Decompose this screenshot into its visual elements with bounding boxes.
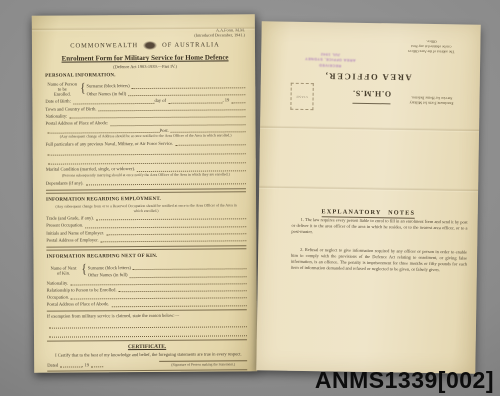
dotted-line [86,179,246,185]
kin-nationality-field: Nationality. [47,279,247,286]
nationality-field: Nationality: [45,112,245,119]
dotted-line [137,166,246,172]
dotted-line [231,98,245,103]
field-label: Nationality: [45,114,67,119]
kin-address-field: Postal Address of Place of Abode. [47,301,247,308]
blank-line [46,150,246,156]
surname-field: Surname (block letters) [87,83,246,89]
dotted-line [130,272,247,278]
section-next-of-kin: INFORMATION REGARDING NEXT OF KIN. [46,254,246,261]
archive-reference-label: ANMS1339[002] [315,367,494,394]
fold-crease [260,125,479,132]
explanatory-note-1: 1. The law requires every person liable … [291,217,467,238]
form-ref-date: (Introduced December, 1941.) [45,32,245,38]
photo-backdrop: A.A.Form. M.M. (Introduced December, 194… [0,0,500,396]
field-label: Town and Country of Birth. [45,106,96,112]
field-label: , 19 [222,98,229,103]
form-reverse-page: RECEIVED AREA OFFICE, SYDNEY JUL 1942 Th… [256,21,480,373]
area-officer-address-note: The address of the Area Officer can be o… [399,38,463,53]
field-label: Relationship to Person to be Enrolled. [47,287,117,293]
kin-name-field-group: Name of Next of Kin. { Surname (block le… [46,261,246,278]
form-subtitle: (Defence Act 1903-1939.—Part IV.) [45,63,245,69]
dotted-line [101,237,247,243]
enrolment-form-page: A.A.Form. M.M. (Introduced December, 194… [32,14,257,373]
blank-line [46,159,246,165]
section-divider [47,370,247,372]
dotted-line [48,128,160,134]
name-field-label: Name of Person to be Enrolled. [45,82,79,97]
birthplace-field: Town and Country of Birth. [45,105,245,112]
received-ink-stamp: RECEIVED AREA OFFICE, SYDNEY JUL 1942 [293,49,368,69]
field-label: Nationality. [47,280,69,285]
commonwealth-text: COMMONWEALTH [70,42,138,50]
signature-caption: (Signature of Person making the Statemen… [159,360,247,367]
dotted-line [119,286,247,292]
explanatory-note-2: 2. Refusal or neglect to give informatio… [291,247,467,274]
field-label: Initials and Name of Employer. [46,230,104,236]
label-line: Enrolled. [45,92,79,97]
blank-line [47,322,247,328]
field-label: Present Occupation. [46,223,83,229]
post-town-field: Post. [46,127,246,134]
dotted-line [85,222,246,228]
field-label: Other Names (in full) [87,91,127,97]
section-divider [47,339,247,341]
employment-note: (Any subsequent change from or to a Rese… [46,203,246,213]
exemption-field: If exemption from military service is cl… [47,313,247,320]
trade-field: Trade (and Grade, if any). [46,214,246,221]
marital-condition-field: Marital Condition (married, single, or w… [46,166,246,173]
certificate-body: I Certify that to the best of my knowled… [47,352,247,359]
of-australia-text: OF AUSTRALIA [162,41,220,49]
dotted-line [98,105,245,111]
abode-address-field: Postal Address of Place of Abode: [45,120,245,127]
note-line: The address of the Area Officer [399,48,463,54]
dotted-line [133,264,247,270]
section-divider [46,246,246,251]
dotted-line [110,120,245,126]
field-label: Full particulars of any previous Naval, … [46,141,174,147]
employer-name-field: Initials and Name of Employer. [46,229,246,236]
field-label: Surname (block letters) [87,84,130,90]
caption-line: Enrolment Form for Military [400,99,462,105]
dated-signature-row: Dated , 19 (Signature of Person making t… [47,360,247,368]
brace-glyph: { [80,83,85,96]
field-label: Post. [160,127,169,132]
dotted-line [49,331,247,337]
section-divider [47,310,247,312]
field-label: Dependants (if any). [46,180,84,186]
employer-address-field: Postal Address of Employer. [46,236,246,243]
date-of-birth-field: Date of Birth: day of , 19 [45,98,245,105]
blank-line [47,331,247,337]
postage-stamp-box: STAMP [290,83,313,110]
form-title: Enrolment Form for Military Service for … [45,53,245,62]
field-label: Trade (and Grade, if any). [46,216,94,222]
dotted-line [168,98,222,103]
field-label: day of [154,98,166,103]
brace-glyph: { [81,264,86,277]
dotted-line [175,141,245,146]
ohms-text: O.H.M.S. [349,89,395,99]
dotted-line [71,294,247,300]
dotted-line [106,229,246,235]
commonwealth-header: COMMONWEALTH OF AUSTRALIA [45,40,245,50]
kin-surname-field: Surname (block letters) [88,264,247,270]
field-label: Occupation. [47,295,69,300]
field-label: Surname (block letters) [88,265,131,271]
field-label: Postal Address of Employer. [46,237,98,243]
field-label: Dated [47,362,58,367]
addressee-area-officer: AREA OFFICER, [323,71,413,82]
section-personal-information: PERSONAL INFORMATION. [45,72,245,79]
label-line: of Kin. [47,270,81,275]
dotted-line [48,159,246,165]
kin-name-label: Name of Next of Kin. [47,265,81,275]
dotted-line [49,322,247,328]
section-employment: INFORMATION REGARDING EMPLOYMENT. [46,196,246,203]
mailer-form-caption: Enrolment Form for Military Service for … [400,94,462,105]
field-label: If exemption from military service is cl… [47,313,179,319]
coat-of-arms-icon [143,41,157,50]
fold-crease [259,185,478,192]
field-label: Date of Birth: [45,99,71,104]
dotted-line [48,150,246,156]
dotted-line [60,362,82,367]
note-line: Office. [399,38,463,44]
other-names-field: Other Names (in full) [87,90,246,96]
certificate-heading: CERTIFICATE. [47,343,247,351]
dotted-line [171,127,246,133]
stamp-box-label: STAMP [296,94,308,98]
kin-relationship-field: Relationship to Person to be Enrolled. [47,286,247,293]
dotted-line [69,113,245,119]
dotted-line [128,91,245,97]
dotted-line [96,215,246,221]
name-field-group: Name of Person to be Enrolled. { Surname… [45,80,245,97]
dotted-line [91,362,103,367]
dotted-line [73,99,155,105]
field-label: Other Names (in full) [88,272,128,278]
dotted-line [70,279,246,285]
field-label: Postal Address of Place of Abode. [47,302,110,308]
marriage-note: (Persons subsequently marrying should at… [46,172,246,178]
section-divider [46,188,246,193]
ohms-rule [352,103,390,105]
dependants-field: Dependants (if any). [46,179,246,186]
field-label: Postal Address of Place of Abode: [45,121,108,127]
address-change-note: (Any subsequent change of Address should… [46,134,246,140]
previous-service-field: Full particulars of any previous Naval, … [46,140,246,147]
dotted-line [132,83,246,89]
field-label: Marital Condition (married, single, or w… [46,166,135,172]
field-label: , 19 [82,362,89,367]
kin-other-names-field: Other Names (in full) [88,272,247,278]
kin-occupation-field: Occupation. [47,293,247,300]
dotted-line [111,301,247,307]
occupation-field: Present Occupation. [46,222,246,229]
